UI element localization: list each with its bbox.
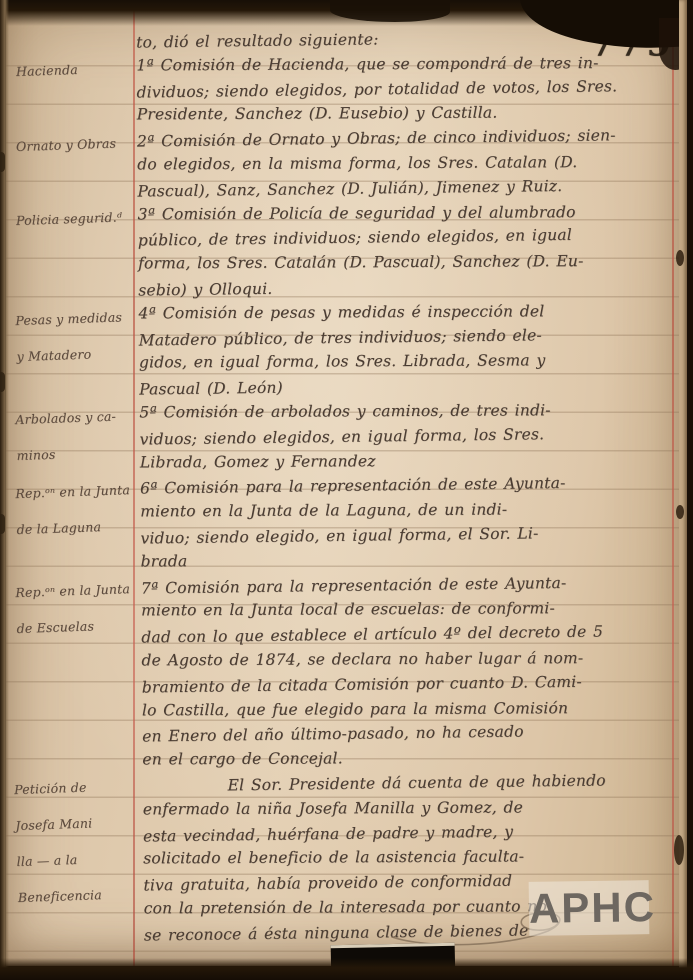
red-margin-line-left: [133, 10, 135, 966]
ink-smudge: [676, 250, 684, 266]
scanned-manuscript-page: to, dió el resultado siguiente:1ª Comisi…: [0, 0, 693, 980]
next-page-sliver: [679, 0, 687, 980]
right-binding-shadow: [687, 0, 693, 980]
left-edge-notch: [0, 152, 5, 172]
ink-smudge: [674, 835, 684, 865]
ink-smudge: [676, 505, 684, 519]
left-edge-notch: [0, 514, 5, 534]
left-edge-notch: [0, 372, 5, 392]
manuscript-body: to, dió el resultado siguiente:1ª Comisi…: [136, 25, 684, 947]
archive-watermark: APHC: [529, 880, 650, 936]
bottom-binding-shadow: [0, 958, 693, 980]
left-page-edge: [0, 0, 9, 980]
